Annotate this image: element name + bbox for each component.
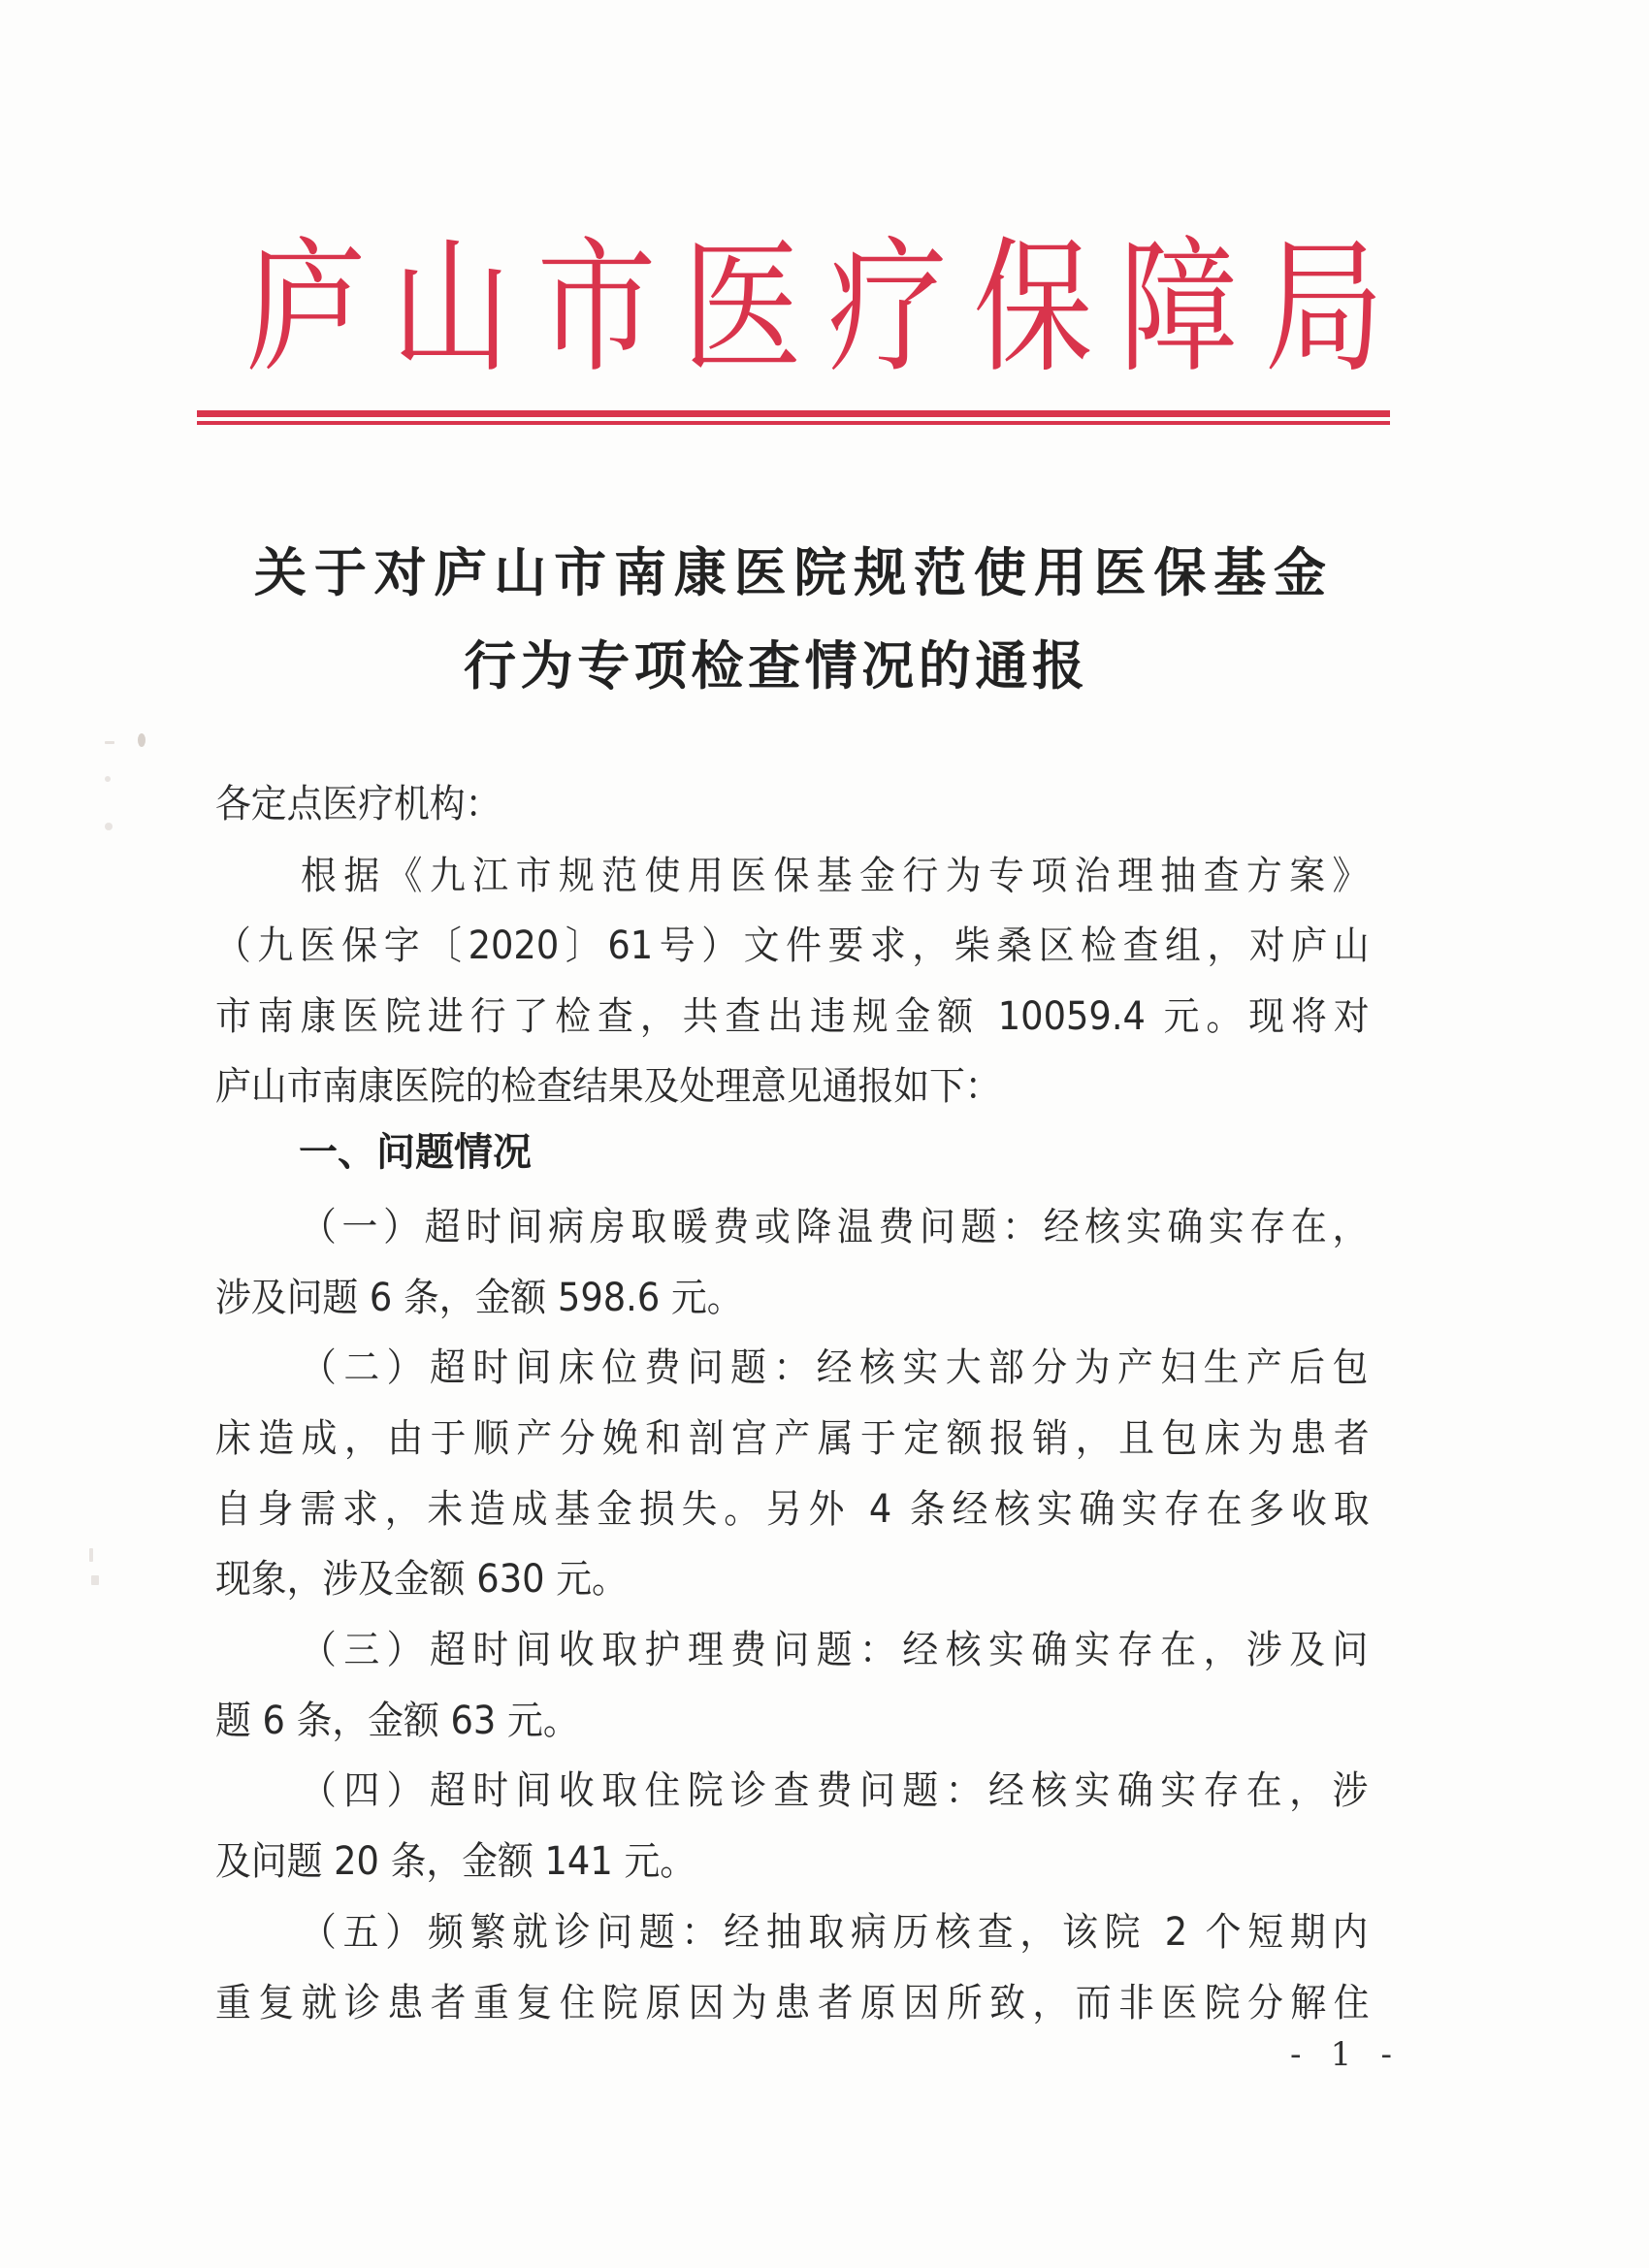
masthead-char: 障 — [1119, 221, 1239, 396]
page-number: - 1 - — [1290, 2035, 1392, 2074]
masthead-char: 医 — [683, 221, 802, 396]
intro-line: 市南康医院进行了检查，共查出违规金额 10059.4 元。现将对 — [215, 992, 1370, 1041]
masthead-org-name: 庐 山 市 医 疗 保 障 局 — [233, 221, 1358, 396]
document-title-line-1: 关于对庐山市南康医院规范使用医保基金 — [254, 541, 1326, 603]
item-2-line: 床造成，由于顺产分娩和剖宫产属于定额报销，且包床为患者 — [215, 1414, 1370, 1463]
masthead-char: 山 — [392, 221, 511, 396]
masthead-char: 市 — [537, 221, 657, 396]
intro-line: （九医保字〔2020〕61号）文件要求，柴桑区检查组，对庐山 — [215, 922, 1370, 970]
scan-speck — [105, 776, 111, 782]
document-page: 庐 山 市 医 疗 保 障 局 关于对庐山市南康医院规范使用医保基金 行为专项检… — [0, 0, 1649, 2268]
intro-line: 根据《九江市规范使用医保基金行为专项治理抽查方案》 — [301, 852, 1368, 900]
scan-speck — [105, 741, 114, 744]
item-1-line: 涉及问题 6 条，金额 598.6 元。 — [215, 1274, 743, 1322]
item-3-line: 题 6 条，金额 63 元。 — [215, 1697, 579, 1745]
salutation: 各定点医疗机构： — [215, 780, 501, 828]
masthead-divider-thin — [197, 421, 1390, 425]
scan-speck — [138, 733, 145, 747]
masthead-char: 局 — [1265, 221, 1384, 396]
scan-speck — [91, 1575, 99, 1585]
masthead-char: 庐 — [246, 221, 366, 396]
item-2-line: 自身需求，未造成基金损失。另外 4 条经核实确实存在多收取 — [215, 1485, 1370, 1534]
item-5-line: 重复就诊患者重复住院原因为患者原因所致，而非医院分解住 — [215, 1979, 1370, 2027]
scan-speck — [89, 1548, 93, 1562]
masthead-char: 疗 — [828, 221, 948, 396]
item-2-line: 现象，涉及金额 630 元。 — [215, 1555, 628, 1604]
item-1-line: （一）超时间病房取暖费或降温费问题：经核实确实存在， — [301, 1203, 1368, 1251]
masthead-char: 保 — [974, 221, 1093, 396]
document-title-line-2: 行为专项检查情况的通报 — [464, 634, 1084, 697]
intro-line: 庐山市南康医院的检查结果及处理意见通报如下： — [215, 1062, 1001, 1111]
item-4-line: 及问题 20 条，金额 141 元。 — [215, 1837, 695, 1886]
item-3-line: （三）超时间收取护理费问题：经核实确实存在，涉及问 — [301, 1626, 1368, 1674]
section-heading: 一、问题情况 — [299, 1128, 532, 1177]
item-2-line: （二）超时间床位费问题：经核实大部分为产妇生产后包 — [301, 1344, 1368, 1392]
item-4-line: （四）超时间收取住院诊查费问题：经核实确实存在，涉 — [301, 1766, 1368, 1815]
scan-speck — [105, 823, 113, 830]
item-5-line: （五）频繁就诊问题：经抽取病历核查，该院 2 个短期内 — [301, 1908, 1368, 1957]
masthead-divider-thick — [197, 410, 1390, 417]
